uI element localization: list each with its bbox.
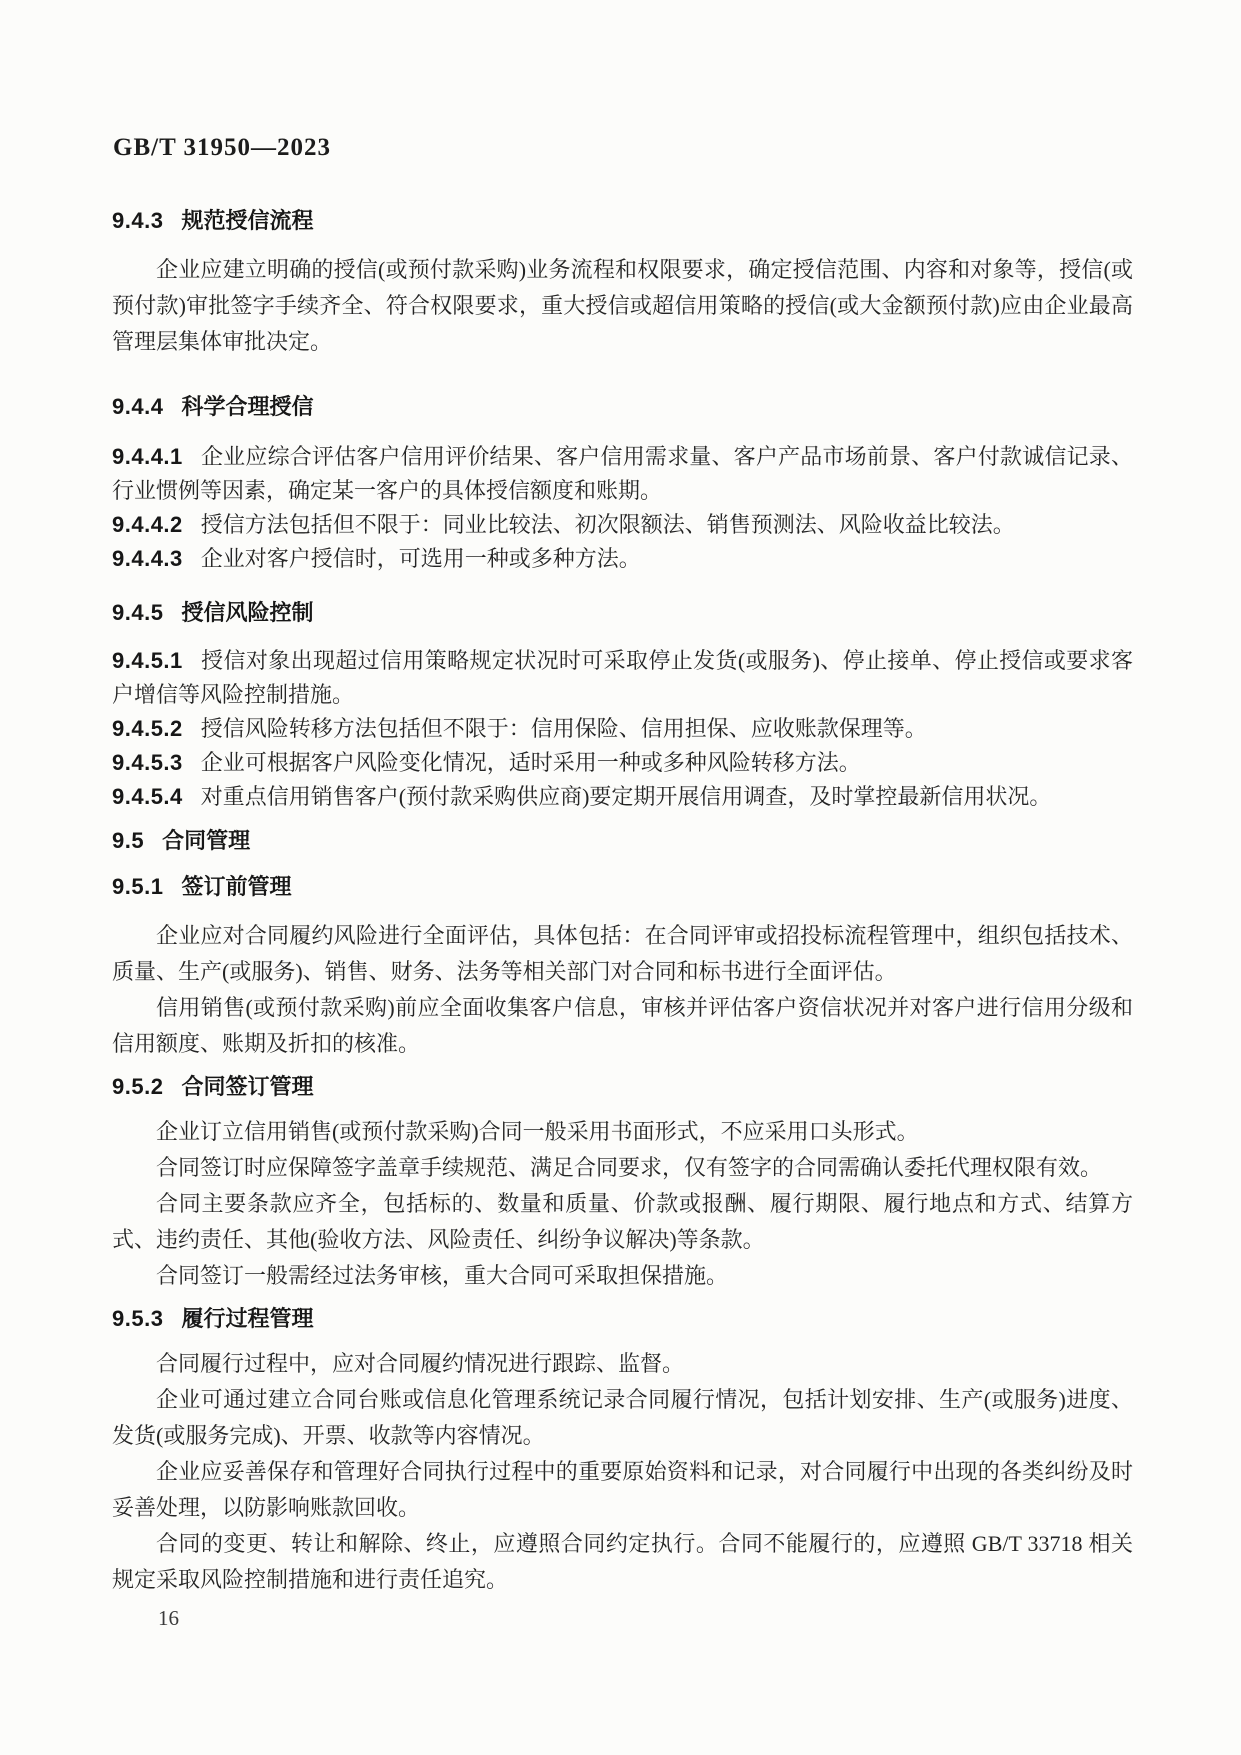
paragraph: 合同的变更、转让和解除、终止，应遵照合同约定执行。合同不能履行的，应遵照 GB/…	[112, 1526, 1133, 1598]
clause-number: 9.4.4.1	[112, 444, 183, 469]
section-heading-9.4.5: 9.4.5授信风险控制	[112, 596, 1133, 630]
section-title: 签订前管理	[181, 874, 291, 899]
paragraph: 企业订立信用销售(或预付款采购)合同一般采用书面形式，不应采用口头形式。	[112, 1114, 1133, 1150]
standard-number-header: GB/T 31950—2023	[113, 134, 331, 162]
clause-number: 9.4.5.4	[112, 784, 183, 809]
section-heading-9.5.3: 9.5.3履行过程管理	[112, 1302, 1133, 1336]
clause-text: 授信风险转移方法包括但不限于：信用保险、信用担保、应收账款保理等。	[201, 716, 927, 741]
clause-text: 授信对象出现超过信用策略规定状况时可采取停止发货(或服务)、停止接单、停止授信或…	[112, 648, 1133, 707]
document-page: GB/T 31950—2023 9.4.3规范授信流程 企业应建立明确的授信(或…	[0, 0, 1241, 1755]
page-body: 9.4.3规范授信流程 企业应建立明确的授信(或预付款采购)业务流程和权限要求，…	[112, 196, 1133, 1598]
clause-text: 企业可根据客户风险变化情况，适时采用一种或多种风险转移方法。	[201, 750, 861, 775]
section-number: 9.4.4	[112, 394, 163, 419]
paragraph: 企业应建立明确的授信(或预付款采购)业务流程和权限要求，确定授信范围、内容和对象…	[112, 252, 1133, 360]
clause-9.4.5.2: 9.4.5.2授信风险转移方法包括但不限于：信用保险、信用担保、应收账款保理等。	[112, 712, 1133, 746]
section-heading-9.5.2: 9.5.2合同签订管理	[112, 1070, 1133, 1104]
section-number: 9.5.3	[112, 1306, 163, 1331]
section-title: 合同管理	[162, 828, 250, 853]
page-number: 16	[158, 1606, 179, 1631]
clause-9.4.5.1: 9.4.5.1授信对象出现超过信用策略规定状况时可采取停止发货(或服务)、停止接…	[112, 644, 1133, 712]
section-title: 合同签订管理	[181, 1074, 313, 1099]
clause-text: 企业对客户授信时，可选用一种或多种方法。	[201, 546, 641, 571]
clause-text: 授信方法包括但不限于：同业比较法、初次限额法、销售预测法、风险收益比较法。	[201, 512, 1015, 537]
clause-9.4.4.3: 9.4.4.3企业对客户授信时，可选用一种或多种方法。	[112, 542, 1133, 576]
section-heading-9.4.4: 9.4.4科学合理授信	[112, 390, 1133, 424]
paragraph: 企业可通过建立合同台账或信息化管理系统记录合同履行情况，包括计划安排、生产(或服…	[112, 1382, 1133, 1454]
clause-9.4.5.3: 9.4.5.3企业可根据客户风险变化情况，适时采用一种或多种风险转移方法。	[112, 746, 1133, 780]
clause-number: 9.4.4.2	[112, 512, 183, 537]
clause-text: 对重点信用销售客户(预付款采购供应商)要定期开展信用调查，及时掌控最新信用状况。	[201, 784, 1052, 809]
paragraph: 合同签订一般需经过法务审核，重大合同可采取担保措施。	[112, 1258, 1133, 1294]
section-heading-9.4.3: 9.4.3规范授信流程	[112, 204, 1133, 238]
clause-number: 9.4.5.3	[112, 750, 183, 775]
clause-number: 9.4.4.3	[112, 546, 183, 571]
clause-number: 9.4.5.2	[112, 716, 183, 741]
clause-9.4.4.1: 9.4.4.1企业应综合评估客户信用评价结果、客户信用需求量、客户产品市场前景、…	[112, 440, 1133, 508]
clause-9.4.5.4: 9.4.5.4对重点信用销售客户(预付款采购供应商)要定期开展信用调查，及时掌控…	[112, 780, 1133, 814]
paragraph: 企业应妥善保存和管理好合同执行过程中的重要原始资料和记录，对合同履行中出现的各类…	[112, 1454, 1133, 1526]
section-heading-9.5: 9.5合同管理	[112, 824, 1133, 858]
paragraph: 合同签订时应保障签字盖章手续规范、满足合同要求，仅有签字的合同需确认委托代理权限…	[112, 1150, 1133, 1186]
section-title: 科学合理授信	[181, 394, 313, 419]
section-title: 规范授信流程	[181, 208, 313, 233]
clause-9.4.4.2: 9.4.4.2授信方法包括但不限于：同业比较法、初次限额法、销售预测法、风险收益…	[112, 508, 1133, 542]
section-heading-9.5.1: 9.5.1签订前管理	[112, 870, 1133, 904]
section-number: 9.4.3	[112, 208, 163, 233]
section-number: 9.4.5	[112, 600, 163, 625]
clause-text: 企业应综合评估客户信用评价结果、客户信用需求量、客户产品市场前景、客户付款诚信记…	[112, 444, 1133, 503]
section-number: 9.5	[112, 828, 144, 853]
paragraph: 信用销售(或预付款采购)前应全面收集客户信息，审核并评估客户资信状况并对客户进行…	[112, 990, 1133, 1062]
clause-number: 9.4.5.1	[112, 648, 183, 673]
section-title: 授信风险控制	[181, 600, 313, 625]
section-title: 履行过程管理	[181, 1306, 313, 1331]
section-number: 9.5.2	[112, 1074, 163, 1099]
paragraph: 合同主要条款应齐全，包括标的、数量和质量、价款或报酬、履行期限、履行地点和方式、…	[112, 1186, 1133, 1258]
paragraph: 合同履行过程中，应对合同履约情况进行跟踪、监督。	[112, 1346, 1133, 1382]
paragraph: 企业应对合同履约风险进行全面评估，具体包括：在合同评审或招投标流程管理中，组织包…	[112, 918, 1133, 990]
section-number: 9.5.1	[112, 874, 163, 899]
